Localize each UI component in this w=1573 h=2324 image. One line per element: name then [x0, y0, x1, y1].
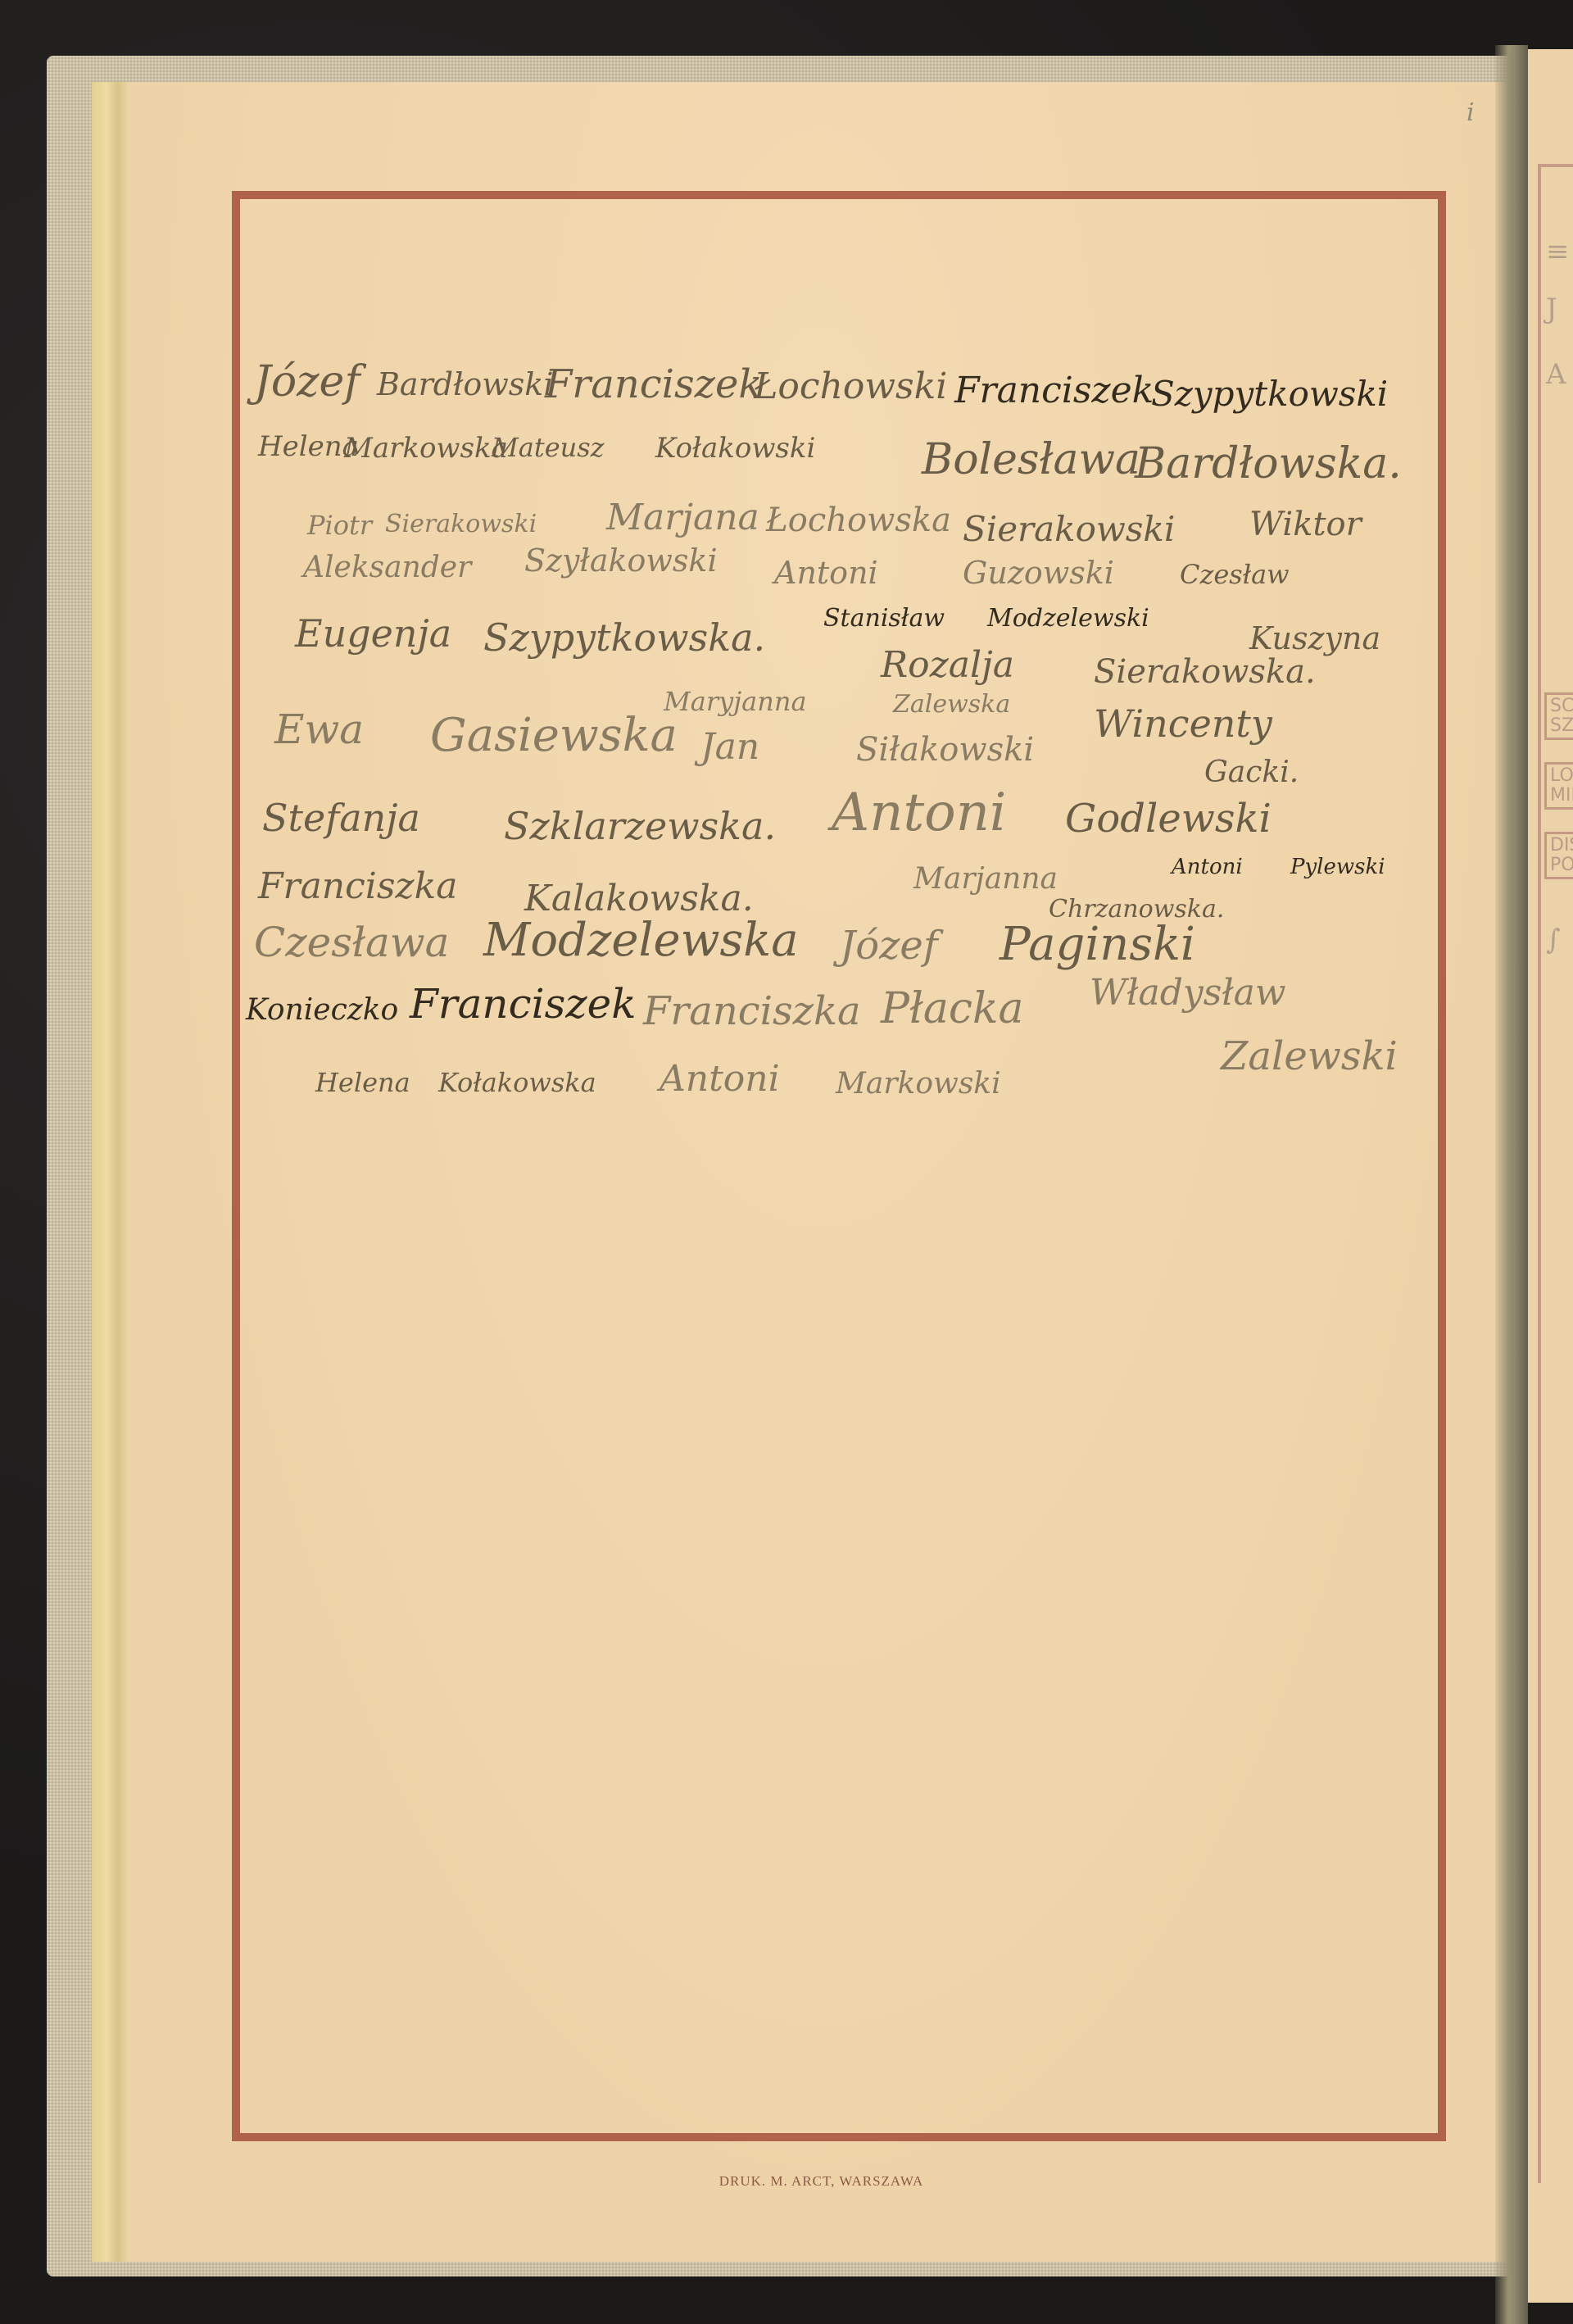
adjacent-label-3: DISTPOV — [1544, 832, 1573, 879]
adjacent-ornament-icon: J — [1546, 295, 1557, 323]
printer-imprint: DRUK. M. ARCT, WARSZAWA — [127, 2173, 1516, 2190]
adjacent-page-frame — [1538, 164, 1573, 2183]
adjacent-ornament-icon: A — [1546, 361, 1566, 388]
footer-area: DRUK. M. ARCT, WARSZAWA — [127, 0, 1516, 2324]
adjacent-ornament-icon: ≡ — [1546, 238, 1570, 266]
adjacent-page: SCHOSZKO LOCMIE DISTPOV ≡ J A ∫ — [1528, 49, 1573, 2303]
adjacent-label-1: SCHOSZKO — [1544, 692, 1573, 740]
book-gutter — [1495, 45, 1528, 2324]
adjacent-ornament-icon: ∫ — [1546, 926, 1561, 954]
adjacent-label-2: LOCMIE — [1544, 762, 1573, 810]
page-edges — [92, 82, 129, 2262]
